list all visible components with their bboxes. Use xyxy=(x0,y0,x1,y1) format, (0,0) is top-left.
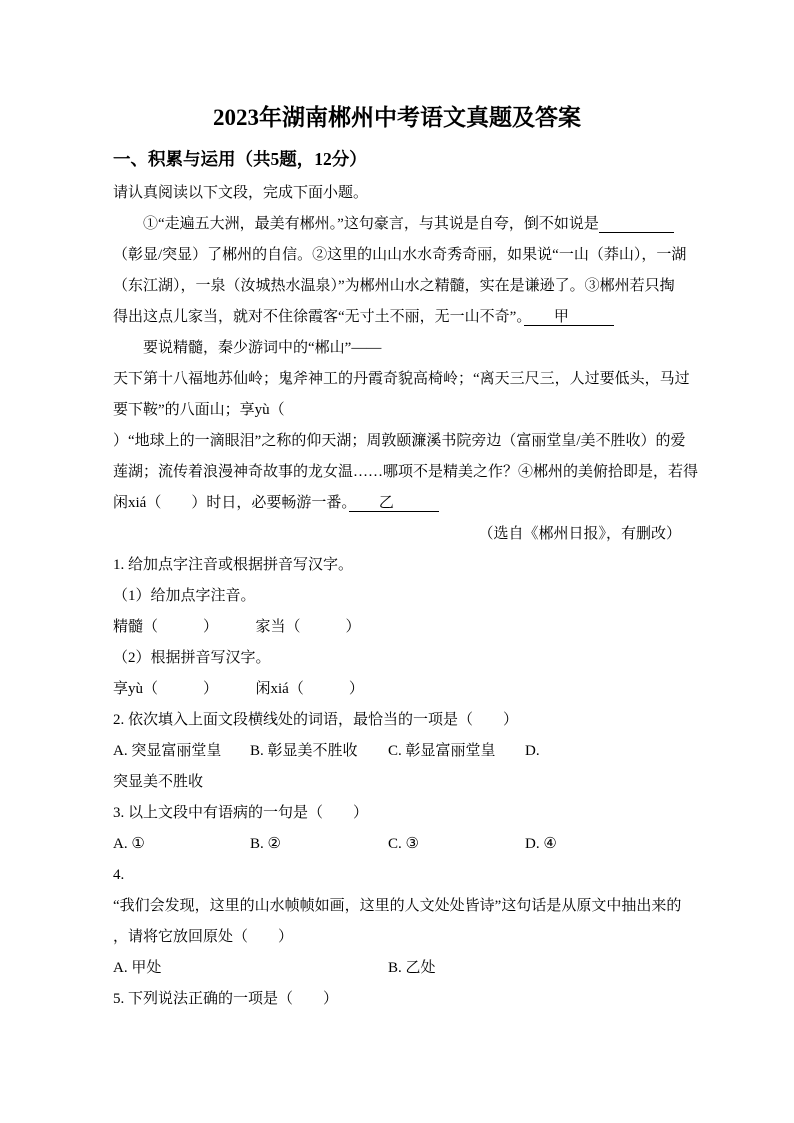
text-run: 要下鞍”的八面山；享yù（ xyxy=(113,402,285,418)
choice-option: A. 突显富丽堂皇 xyxy=(113,736,250,767)
text-run: （东江湖），一泉（汝城热水温泉）”为郴州山水之精髓，实在是谦逊了。③郴州若只掏 xyxy=(113,278,675,294)
text-line: 请认真阅读以下文段，完成下面小题。 xyxy=(113,178,681,209)
text-line: （2）根据拼音写汉字。 xyxy=(113,643,681,674)
text-line: 莲湖；流传着浪漫神奇故事的龙女温……哪项不是精美之作？④郴州的美俯拾即是，若得 xyxy=(113,457,681,488)
text-line: ①“走遍五大洲，最美有郴州。”这句豪言，与其说是自夸，倒不如说是 xyxy=(113,209,681,240)
text-run: 4. xyxy=(113,867,124,883)
section-heading: 一、积累与运用（共5题，12分） xyxy=(113,140,681,178)
text-line: “我们会发现，这里的山水帧帧如画，这里的人文处处皆诗”这句话是从原文中抽出来的 xyxy=(113,891,681,922)
page-content: 2023年湖南郴州中考语文真题及答案 一、积累与运用（共5题，12分） 请认真阅… xyxy=(0,0,794,1015)
text-run: “我们会发现，这里的山水帧帧如画，这里的人文处处皆诗”这句话是从原文中抽出来的 xyxy=(113,898,681,914)
text-run: 莲湖；流传着浪漫神奇故事的龙女温……哪项不是精美之作？④郴州的美俯拾即是，若得 xyxy=(113,464,698,480)
text-line: 享yù（ ） 闲xiá（ ） xyxy=(113,674,681,705)
text-run: （彰显/突显）了郴州的自信。②这里的山山水水奇秀奇丽，如果说“一山（莽山），一湖 xyxy=(113,247,686,263)
text-line: （选自《郴州日报》，有删改） xyxy=(113,519,681,550)
text-line: 突显美不胜收 xyxy=(113,767,681,798)
text-line: 2. 依次填入上面文段横线处的词语，最恰当的一项是（ ） xyxy=(113,705,681,736)
text-line: 要下鞍”的八面山；享yù（ xyxy=(113,395,681,426)
text-line: 要说精髓，秦少游词中的“郴山”—— xyxy=(113,333,681,364)
choice-option: A. ① xyxy=(113,829,250,860)
text-run: 享yù（ ） 闲xiá（ ） xyxy=(113,681,364,697)
choice-option: B. 乙处 xyxy=(388,953,681,984)
choice-row: A. 突显富丽堂皇B. 彰显美不胜收C. 彰显富丽堂皇D. xyxy=(113,736,681,767)
text-run: 得出这点儿家当，就对不住徐霞客“无寸土不丽，无一山不奇”。 xyxy=(113,309,524,325)
text-line: 5. 下列说法正确的一项是（ ） xyxy=(113,984,681,1015)
text-run: 1. 给加点字注音或根据拼音写汉字。 xyxy=(113,557,353,573)
text-line: 3. 以上文段中有语病的一句是（ ） xyxy=(113,798,681,829)
text-line: ，请将它放回原处（ ） xyxy=(113,922,681,953)
choice-row: A. 甲处B. 乙处 xyxy=(113,953,681,984)
text-run: ）“地球上的一滴眼泪”之称的仰天湖；周敦颐濂溪书院旁边（富丽堂皇/美不胜收）的爱 xyxy=(113,433,686,449)
choice-row: A. ①B. ②C. ③D. ④ xyxy=(113,829,681,860)
text-line: （彰显/突显）了郴州的自信。②这里的山山水水奇秀奇丽，如果说“一山（莽山），一湖 xyxy=(113,240,681,271)
text-run: （选自《郴州日报》，有删改） xyxy=(478,526,681,542)
answer-blank: 乙 xyxy=(349,495,439,512)
choice-option: B. 彰显美不胜收 xyxy=(250,736,388,767)
document-body: 请认真阅读以下文段，完成下面小题。 ①“走遍五大洲，最美有郴州。”这句豪言，与其… xyxy=(113,178,681,1015)
choice-option: B. ② xyxy=(250,829,388,860)
choice-option: D. ④ xyxy=(525,829,681,860)
text-line: 1. 给加点字注音或根据拼音写汉字。 xyxy=(113,550,681,581)
text-run: （2）根据拼音写汉字。 xyxy=(113,650,271,666)
answer-blank: 甲 xyxy=(524,309,614,326)
text-run: 闲xiá（ ）时日，必要畅游一番。 xyxy=(113,495,349,511)
text-run: ①“走遍五大洲，最美有郴州。”这句豪言，与其说是自夸，倒不如说是 xyxy=(113,216,599,232)
text-run: 5. 下列说法正确的一项是（ ） xyxy=(113,991,338,1007)
text-line: 天下第十八福地苏仙岭；鬼斧神工的丹霞奇貌高椅岭；“离天三尺三，人过要低头，马过 xyxy=(113,364,681,395)
text-run: ，请将它放回原处（ ） xyxy=(113,929,293,945)
text-line: 得出这点儿家当，就对不住徐霞客“无寸土不丽，无一山不奇”。 甲 xyxy=(113,302,681,333)
exam-document-page: 2023年湖南郴州中考语文真题及答案 一、积累与运用（共5题，12分） 请认真阅… xyxy=(0,0,794,1123)
choice-option: C. 彰显富丽堂皇 xyxy=(388,736,525,767)
text-line: 精髓（ ） 家当（ ） xyxy=(113,612,681,643)
text-line: 4. xyxy=(113,860,681,891)
choice-option: D. xyxy=(525,736,681,767)
text-run: 请认真阅读以下文段，完成下面小题。 xyxy=(113,185,368,201)
text-run: （1）给加点字注音。 xyxy=(113,588,256,604)
choice-option: A. 甲处 xyxy=(113,953,388,984)
text-line: 闲xiá（ ）时日，必要畅游一番。 乙 xyxy=(113,488,681,519)
answer-blank xyxy=(599,216,674,233)
page-title: 2023年湖南郴州中考语文真题及答案 xyxy=(113,96,681,140)
text-run: 要说精髓，秦少游词中的“郴山”—— xyxy=(113,340,381,356)
text-run: 突显美不胜收 xyxy=(113,774,203,790)
choice-option: C. ③ xyxy=(388,829,525,860)
text-line: （东江湖），一泉（汝城热水温泉）”为郴州山水之精髓，实在是谦逊了。③郴州若只掏 xyxy=(113,271,681,302)
text-line: （1）给加点字注音。 xyxy=(113,581,681,612)
text-run: 天下第十八福地苏仙岭；鬼斧神工的丹霞奇貌高椅岭；“离天三尺三，人过要低头，马过 xyxy=(113,371,690,387)
text-run: 精髓（ ） 家当（ ） xyxy=(113,619,361,635)
text-run: 3. 以上文段中有语病的一句是（ ） xyxy=(113,805,368,821)
text-run: 2. 依次填入上面文段横线处的词语，最恰当的一项是（ ） xyxy=(113,712,518,728)
text-line: ）“地球上的一滴眼泪”之称的仰天湖；周敦颐濂溪书院旁边（富丽堂皇/美不胜收）的爱 xyxy=(113,426,681,457)
